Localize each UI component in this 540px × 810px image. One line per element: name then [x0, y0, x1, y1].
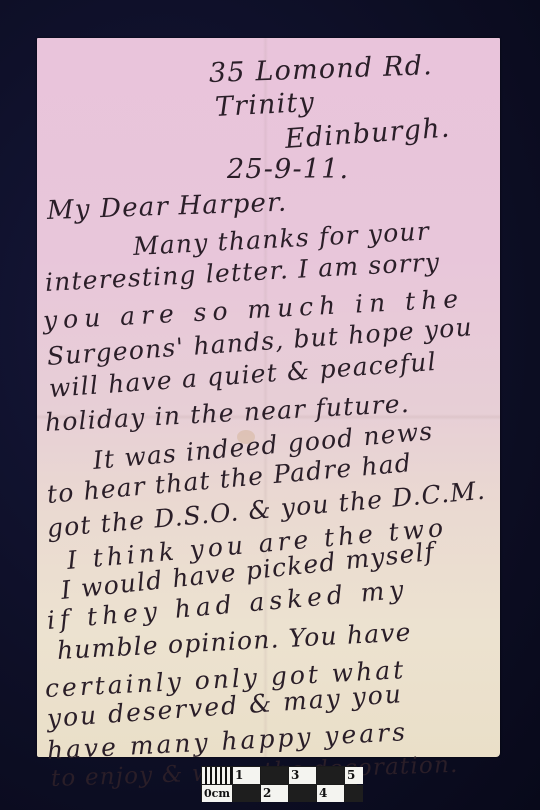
photo-stage: 35 Lomond Rd. Trinity Edinburgh. 25-9-11… [0, 0, 540, 810]
letter-date: 25-9-11. [227, 156, 349, 183]
scale-ticks [202, 767, 232, 784]
scale-label-0cm: 0cm [202, 785, 232, 802]
scale-label-4: 4 [317, 785, 344, 802]
scale-bar: 1 3 5 0cm 2 4 [201, 766, 357, 802]
letter-paper: 35 Lomond Rd. Trinity Edinburgh. 25-9-11… [37, 38, 500, 757]
salutation: My Dear Harper. [47, 190, 288, 224]
scale-label-1: 1 [233, 767, 260, 784]
scale-block [317, 767, 344, 784]
scale-label-3: 3 [289, 767, 316, 784]
scale-block [289, 785, 316, 802]
address-line-3: Edinburgh. [284, 114, 451, 153]
scale-label-2: 2 [261, 785, 288, 802]
scale-block [261, 767, 288, 784]
address-line-2: Trinity [214, 89, 315, 121]
scale-block [345, 785, 363, 802]
scale-label-5: 5 [345, 767, 363, 784]
address-line-1: 35 Lomond Rd. [209, 52, 434, 87]
scale-block [233, 785, 260, 802]
